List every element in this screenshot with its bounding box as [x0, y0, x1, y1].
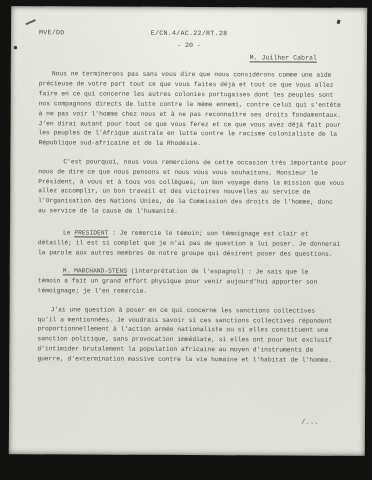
speaker-name-president: PRESIDENT: [74, 230, 108, 237]
scanned-page: MVE/DD E/CN.4/AC.22/RT.28 - 20 - M. Juil…: [9, 6, 367, 456]
paragraph-testimony-1: Nous ne terminerons pas sans vous dire q…: [38, 69, 356, 150]
margin-mark: [337, 19, 341, 24]
paragraph-marchand-speech: M. MARCHAND-STENS (interprétation de l'e…: [38, 267, 356, 298]
transcript-body: Nous ne terminerons pas sans vous dire q…: [37, 69, 357, 374]
page-header: MVE/DD E/CN.4/AC.22/RT.28 - 20 - M. Juil…: [11, 29, 367, 31]
witness-name: M. Juilher Cabral: [250, 54, 317, 61]
page-number: - 20 -: [11, 41, 367, 50]
speaker-name-marchand: M. MARCHAND-STENS: [63, 268, 127, 275]
continuation-mark: /...: [301, 419, 319, 426]
pencil-mark: [25, 19, 36, 25]
paragraph-president-speech: Le PRESIDENT : Je remercie le témoin; so…: [38, 228, 356, 259]
speaker-prefix: Le: [63, 230, 74, 237]
paragraph-testimony-2: C'est pourquoi, nous vous remercions de …: [38, 157, 356, 218]
document-reference: E/CN.4/AC.22/RT.28: [11, 29, 367, 38]
paragraph-marchand-question: J'ai une question à poser en ce qui conc…: [37, 305, 355, 366]
